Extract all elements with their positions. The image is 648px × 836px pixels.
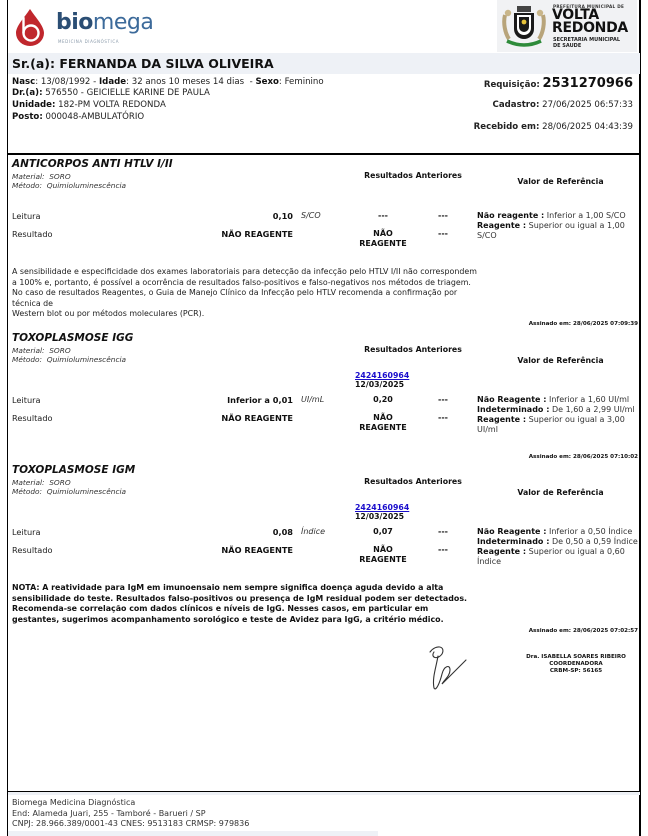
exam-title-toxo-igm: TOXOPLASMOSE IGM <box>12 464 135 476</box>
resultado-value: NÃO REAGENTE <box>221 413 293 423</box>
exam-meta-toxo-igg: Material: SORO Método: Quimioluminescênc… <box>12 346 126 364</box>
prev-resultado: NÃOREAGENTE <box>353 229 413 249</box>
prev-leitura: 0,20 <box>353 395 413 405</box>
volta-redonda-logo: PREFEITURA MUNICIPAL DE VOLTAREDONDA SEC… <box>497 0 637 52</box>
igm-note: NOTA: A reatividade para IgM em imunoens… <box>12 583 478 625</box>
leitura-unit: S/CO <box>301 211 321 220</box>
leitura-unit: Índice <box>301 527 325 536</box>
resultado-value: NÃO REAGENTE <box>221 545 293 555</box>
footer-ids: CNPJ: 28.966.389/0001-43 CNES: 9513183 C… <box>12 819 249 830</box>
previous-request-link[interactable]: 2424160964 <box>355 503 409 512</box>
previous-request-link[interactable]: 2424160964 <box>355 371 409 380</box>
prev-resultado: NÃOREAGENTE <box>353 545 413 565</box>
prev-resultado-2: --- <box>438 413 448 422</box>
leitura-label: Leitura <box>12 211 41 221</box>
biomega-drop-icon <box>14 8 46 46</box>
reference-values-htlv: Não reagente : Inferior a 1,00 S/CO Reag… <box>477 211 639 241</box>
patient-post: Posto: 000048-AMBULATÓRIO <box>12 112 144 122</box>
leitura-label: Leitura <box>12 527 41 537</box>
reference-header: Valor de Referência <box>488 356 633 365</box>
prev-resultado: NÃOREAGENTE <box>353 413 413 433</box>
previous-request-date: 12/03/2025 <box>355 512 404 521</box>
footer-company: Biomega Medicina Diagnóstica <box>12 798 249 809</box>
biomega-logo: biomega MEDICINA DIAGNÓSTICA <box>10 2 140 50</box>
reference-header: Valor de Referência <box>488 488 633 497</box>
patient-doctor: Dr.(a): 576550 - GEICIELLE KARINE DE PAU… <box>12 88 210 98</box>
previous-request-date: 12/03/2025 <box>355 380 404 389</box>
patient-birth-age-sex: Nasc: 13/08/1992 - Idade: 32 anos 10 mes… <box>12 77 324 87</box>
htlv-note: A sensibilidade e especificidade dos exa… <box>12 267 478 320</box>
city-crest-icon <box>501 3 547 49</box>
patient-name: Sr.(a): FERNANDA DA SILVA OLIVEIRA <box>12 56 274 71</box>
reference-values-toxo-igm: Não Reagente : Inferior a 0,50 Índice In… <box>477 527 639 567</box>
signed-at-toxo-igm: Assinado em: 28/06/2025 07:02:57 <box>529 628 638 634</box>
prev-resultado-2: --- <box>438 545 448 554</box>
signature-image <box>416 638 476 694</box>
request-number: Requisição: 2531270966 <box>484 76 633 91</box>
prev-leitura: --- <box>353 211 413 221</box>
leitura-unit: UI/mL <box>301 395 324 404</box>
exam-meta-toxo-igm: Material: SORO Método: Quimioluminescênc… <box>12 478 126 496</box>
signed-at-toxo-igg: Assinado em: 28/06/2025 07:10:02 <box>529 454 638 460</box>
prev-results-header: Resultados Anteriores <box>353 171 473 180</box>
exam-meta-htlv: Material: SORO Método: Quimioluminescênc… <box>12 172 126 190</box>
biomega-tagline: MEDICINA DIAGNÓSTICA <box>58 39 119 44</box>
report-page: biomega MEDICINA DIAGNÓSTICA PREFEITURA … <box>7 0 641 836</box>
register-date: Cadastro: 27/06/2025 06:57:33 <box>493 100 633 110</box>
leitura-value: Inferior a 0,01 <box>227 395 293 405</box>
patient-unit: Unidade: 182-PM VOLTA REDONDA <box>12 100 166 110</box>
reference-values-toxo-igg: Não Reagente : Inferior a 1,60 UI/ml Ind… <box>477 395 639 435</box>
leitura-label: Leitura <box>12 395 41 405</box>
resultado-label: Resultado <box>12 545 53 555</box>
prev-leitura: 0,07 <box>353 527 413 537</box>
resultado-label: Resultado <box>12 229 53 239</box>
exam-title-toxo-igg: TOXOPLASMOSE IGG <box>12 332 133 344</box>
prev-resultado-2: --- <box>438 229 448 238</box>
prev-leitura-2: --- <box>438 527 448 536</box>
exam-title-htlv: ANTICORPOS ANTI HTLV I/II <box>12 158 173 170</box>
resultado-label: Resultado <box>12 413 53 423</box>
prev-leitura-2: --- <box>438 395 448 404</box>
leitura-value: 0,10 <box>273 211 293 221</box>
biomega-wordmark: biomega <box>56 10 153 35</box>
leitura-value: 0,08 <box>273 527 293 537</box>
prev-leitura-2: --- <box>438 211 448 220</box>
footer-address: End: Alameda Juari, 255 - Tamboré - Baru… <box>12 809 249 820</box>
resultado-value: NÃO REAGENTE <box>221 229 293 239</box>
footer: Biomega Medicina Diagnóstica End: Alamed… <box>12 798 249 830</box>
signatory-block: Dra. ISABELLA SOARES RIBEIRO COORDENADOR… <box>516 654 636 675</box>
reference-header: Valor de Referência <box>488 177 633 186</box>
signed-at-htlv: Assinado em: 28/06/2025 07:09:39 <box>529 321 638 327</box>
header-divider <box>8 153 640 155</box>
received-date: Recebido em: 28/06/2025 04:43:39 <box>474 122 633 132</box>
prev-results-header: Resultados Anteriores <box>353 345 473 354</box>
prev-results-header: Resultados Anteriores <box>353 477 473 486</box>
